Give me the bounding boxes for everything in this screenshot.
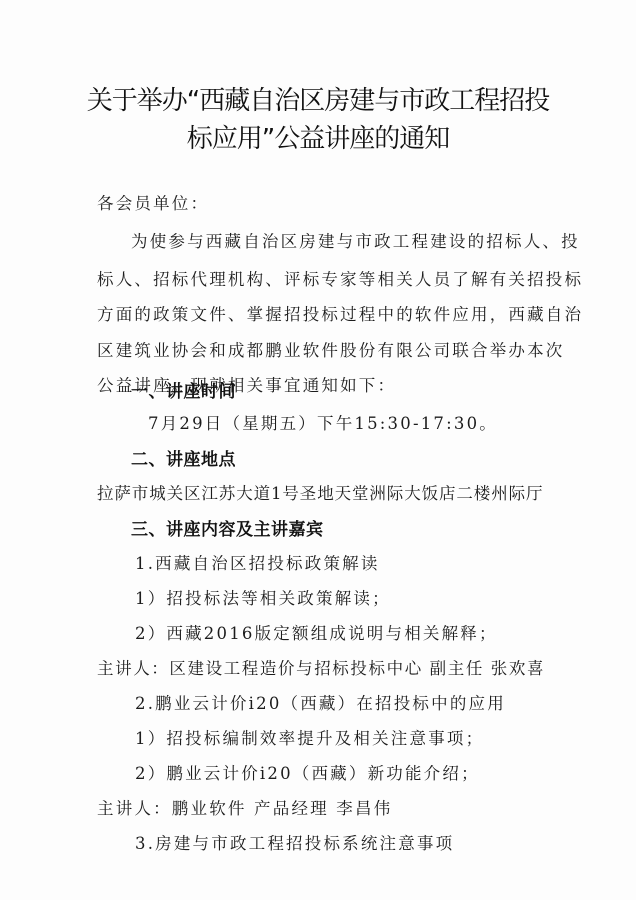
topic-1-item-2: 2）西藏2016版定额组成说明与相关解释； xyxy=(135,620,498,644)
intro-line-4: 区建筑业协会和成都鹏业软件股份有限公司联合举办本次 xyxy=(97,337,565,361)
intro-line-1: 为使参与西藏自治区房建与市政工程建设的招标人、投 xyxy=(131,228,580,252)
topic-2-title: 2.鹏业云计价i20（西藏）在招投标中的应用 xyxy=(135,690,506,714)
intro-line-3: 方面的政策文件、掌握招投标过程中的软件应用，西藏自治 xyxy=(97,301,583,325)
section-content-heading: 三、讲座内容及主讲嘉宾 xyxy=(131,515,324,540)
section-time-content: 7月29日（星期五）下午15:30-17:30。 xyxy=(148,410,498,434)
salutation: 各会员单位： xyxy=(97,190,209,214)
document-title-line-2: 标应用”公益讲座的通知 xyxy=(0,118,636,155)
section-location-heading: 二、讲座地点 xyxy=(131,445,236,470)
topic-2-speaker: 主讲人：鹏业软件 产品经理 李昌伟 xyxy=(97,795,392,819)
topic-2-item-1: 1）招投标编制效率提升及相关注意事项； xyxy=(135,725,484,749)
document-title-line-1: 关于举办“西藏自治区房建与市政工程招投 xyxy=(0,80,636,117)
topic-1-item-1: 1）招投标法等相关政策解读； xyxy=(135,585,391,609)
document-page: 关于举办“西藏自治区房建与市政工程招投 标应用”公益讲座的通知 各会员单位： 为… xyxy=(0,0,636,900)
section-location-content: 拉萨市城关区江苏大道1号圣地天堂洲际大饭店二楼州际厅 xyxy=(97,480,543,504)
section-time-heading: 一、讲座时间 xyxy=(131,377,236,402)
topic-1-speaker: 主讲人：区建设工程造价与招标投标中心 副主任 张欢喜 xyxy=(97,655,545,679)
topic-3-title: 3.房建与市政工程招投标系统注意事项 xyxy=(135,830,454,854)
intro-line-2: 标人、招标代理机构、评标专家等相关人员了解有关招投标 xyxy=(97,266,583,290)
topic-2-item-2: 2）鹏业云计价i20（西藏）新功能介绍； xyxy=(135,760,480,784)
topic-1-title: 1.西藏自治区招投标政策解读 xyxy=(135,550,380,574)
